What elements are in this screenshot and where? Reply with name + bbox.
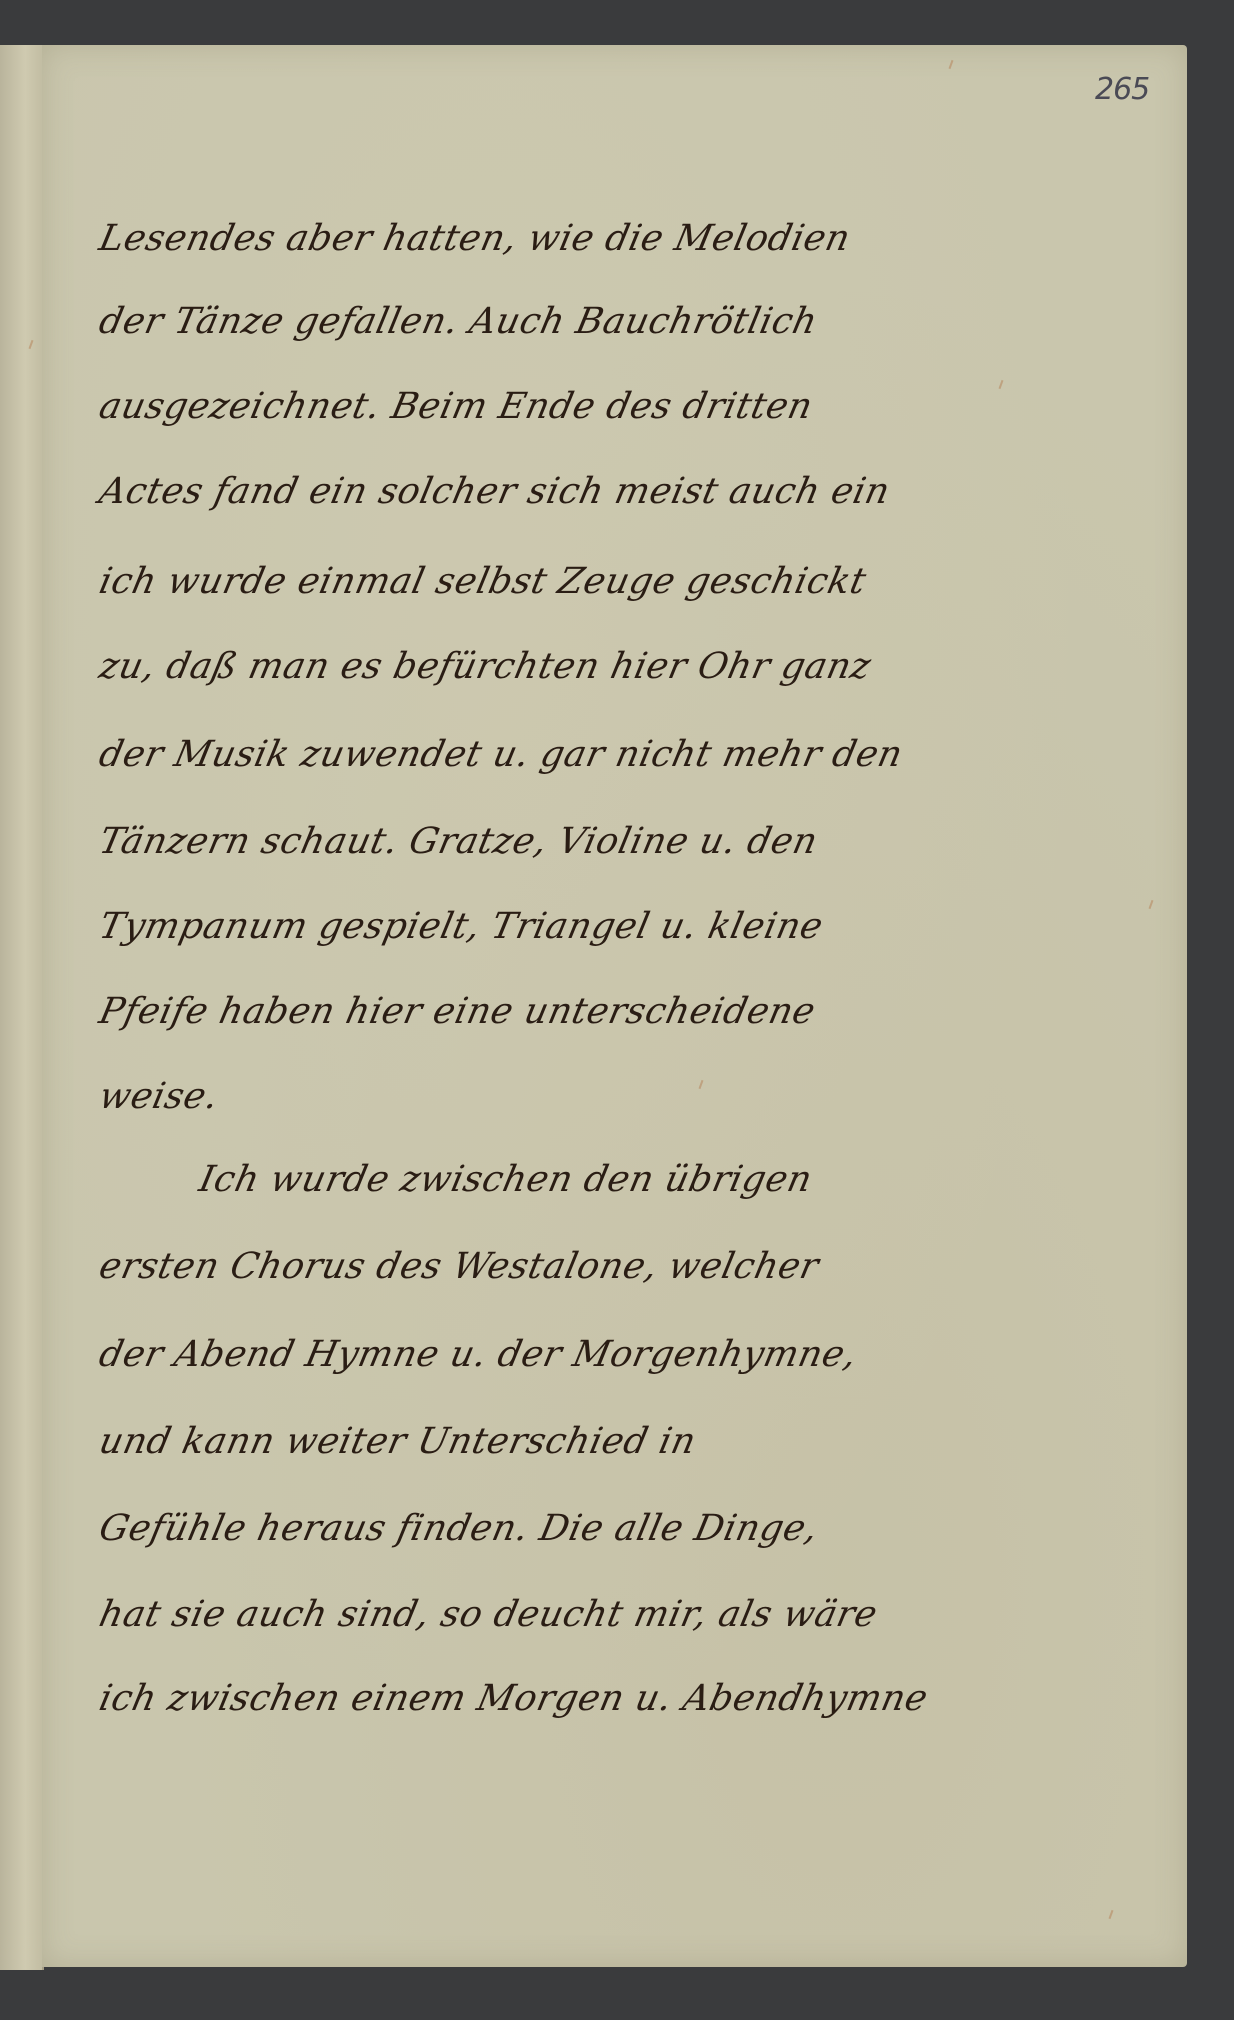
text-line: Tympanum gespielt, Triangel u. kleine [96,906,827,947]
text-line: der Musik zuwendet u. gar nicht mehr den [96,734,907,775]
text-line: Pfeife haben hier eine unterscheidene [96,991,820,1032]
text-line: und kann weiter Unterschied in [96,1421,700,1462]
text-line: ersten Chorus des Westalone, welcher [96,1246,823,1287]
text-line: Actes fand ein solcher sich meist auch e… [96,471,894,512]
text-line: ausgezeichnet. Beim Ende des dritten [96,386,817,427]
text-line: Tänzern schaut. Gratze, Violine u. den [96,821,822,862]
previous-page-edge [0,45,44,1970]
text-line: der Tänze gefallen. Auch Bauchrötlich [96,301,821,342]
text-line: ich zwischen einem Morgen u. Abendhymne [96,1678,932,1719]
text-line: weise. [96,1076,223,1117]
text-line: der Abend Hymne u. der Morgenhymne, [96,1334,861,1375]
text-line: Lesendes aber hatten, wie die Melodien [96,218,854,259]
folio-number: 265 [1095,72,1149,107]
text-line: zu, daß man es befürchten hier Ohr ganz [96,646,875,687]
text-line: Gefühle heraus finden. Die alle Dinge, [96,1508,822,1549]
text-line-indented: Ich wurde zwischen den übrigen [196,1159,816,1200]
text-line: hat sie auch sind, so deucht mir, als wä… [96,1594,881,1635]
text-line: ich wurde einmal selbst Zeuge geschickt [96,561,870,602]
